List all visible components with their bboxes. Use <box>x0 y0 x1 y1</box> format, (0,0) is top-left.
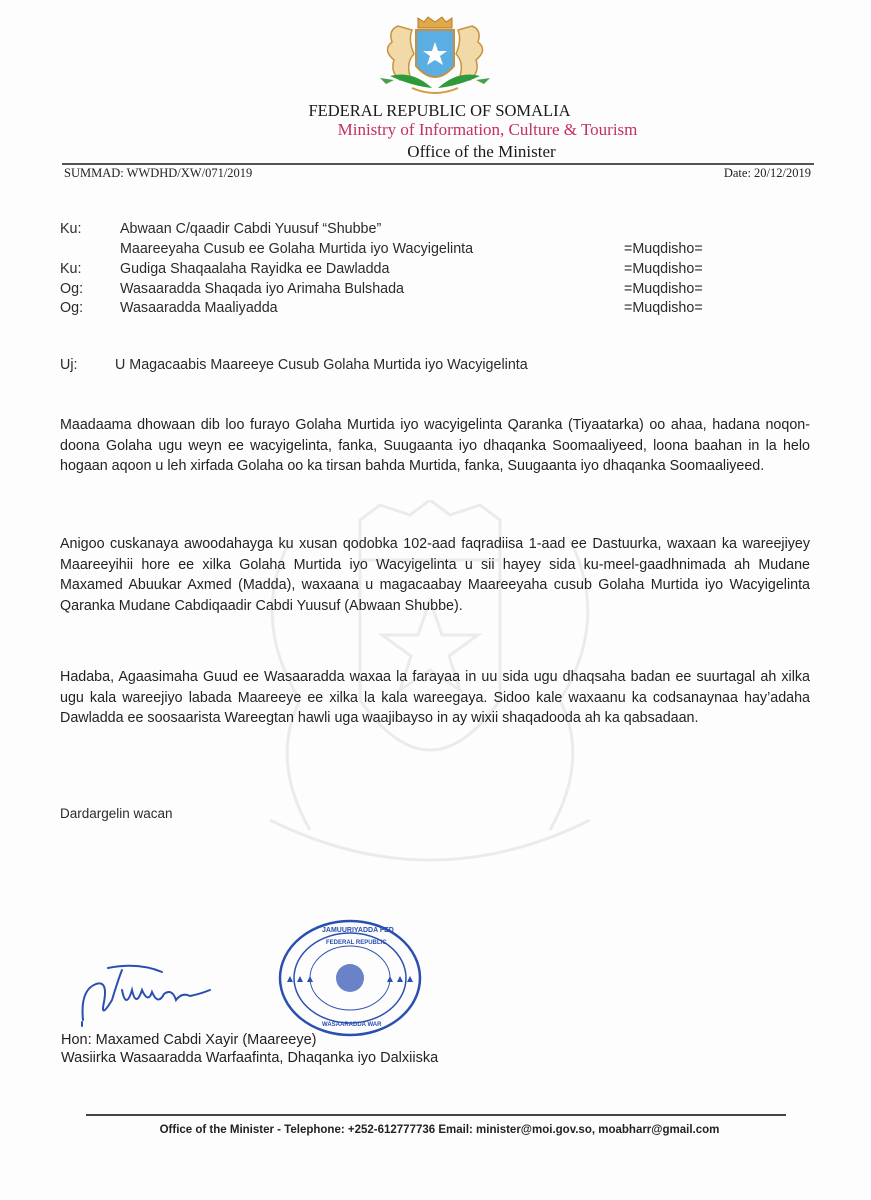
addressee-name: Abwaan C/qaadir Cabdi Yuusuf “Shubbe” <box>120 221 381 237</box>
official-stamp-icon: JAMUURIYADDA FED FEDERAL REPUBLIC WASAAR… <box>276 918 424 1038</box>
addressee-label: Ku: <box>60 261 81 277</box>
subject-text: U Magacaabis Maareeye Cusub Golaha Murti… <box>115 357 528 373</box>
footer-divider <box>86 1114 786 1116</box>
addressee-location: =Muqdisho= <box>624 261 703 277</box>
ministry-name: Ministry of Information, Culture & Touri… <box>0 120 871 140</box>
body-paragraph: Anigoo cuskanaya awoodahayga ku xusan qo… <box>60 534 810 617</box>
addressee-location: =Muqdisho= <box>624 300 703 316</box>
coat-of-arms-icon <box>372 14 498 102</box>
body-paragraph: Maadaama dhowaan dib loo furayo Golaha M… <box>60 415 810 477</box>
addressee-name: Wasaaradda Maaliyadda <box>120 300 278 316</box>
office-name: Office of the Minister <box>0 142 871 162</box>
body-paragraph: Hadaba, Agaasimaha Guud ee Wasaaradda wa… <box>60 667 810 729</box>
footer-contact: Office of the Minister - Telephone: +252… <box>0 1124 871 1136</box>
addressee-location: =Muqdisho= <box>624 281 703 297</box>
reference-number: SUMMAD: WWDHD/XW/071/2019 <box>64 166 252 181</box>
addressee-row: Og: Wasaaradda Maaliyadda =Muqdisho= <box>60 300 820 320</box>
addressee-label: Og: <box>60 281 83 297</box>
subject-label: Uj: <box>60 357 77 373</box>
letter-date: Date: 20/12/2019 <box>724 166 811 181</box>
country-name: FEDERAL REPUBLIC OF SOMALIA <box>0 101 871 121</box>
addressee-row: Maareeyaha Cusub ee Golaha Murtida iyo W… <box>60 241 820 261</box>
signature-icon <box>78 960 218 1030</box>
svg-text:FEDERAL REPUBLIC: FEDERAL REPUBLIC <box>326 940 387 946</box>
addressee-location: =Muqdisho= <box>624 241 703 257</box>
header-divider <box>62 163 814 165</box>
addressee-row: Og: Wasaaradda Shaqada iyo Arimaha Bulsh… <box>60 281 820 301</box>
signer-name: Hon: Maxamed Cabdi Xayir (Maareeye) <box>61 1032 316 1048</box>
svg-text:WASAARADDA WAR: WASAARADDA WAR <box>322 1022 382 1028</box>
addressee-row: Ku: Gudiga Shaqaalaha Rayidka ee Dawladd… <box>60 261 820 281</box>
addressee-label: Og: <box>60 300 83 316</box>
addressee-name: Wasaaradda Shaqada iyo Arimaha Bulshada <box>120 281 404 297</box>
addressee-label: Ku: <box>60 221 81 237</box>
addressee-title: Maareeyaha Cusub ee Golaha Murtida iyo W… <box>120 241 473 257</box>
signer-title: Wasiirka Wasaaradda Warfaafinta, Dhaqank… <box>61 1050 438 1066</box>
closing-remark: Dardargelin wacan <box>60 806 173 821</box>
addressee-row: Ku: Abwaan C/qaadir Cabdi Yuusuf “Shubbe… <box>60 221 820 241</box>
addressee-name: Gudiga Shaqaalaha Rayidka ee Dawladda <box>120 261 389 277</box>
svg-text:JAMUURIYADDA FED: JAMUURIYADDA FED <box>322 927 394 934</box>
